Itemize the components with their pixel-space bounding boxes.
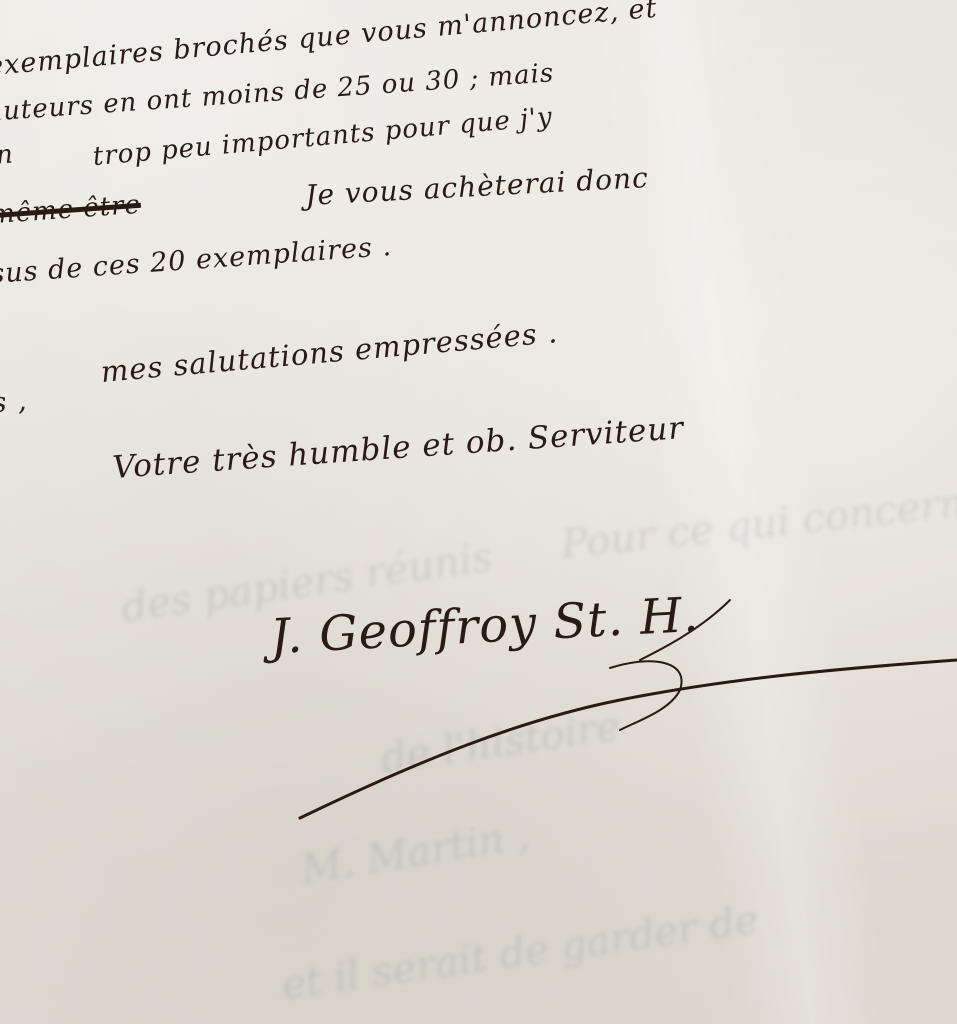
signature-flourish [0, 0, 957, 1024]
